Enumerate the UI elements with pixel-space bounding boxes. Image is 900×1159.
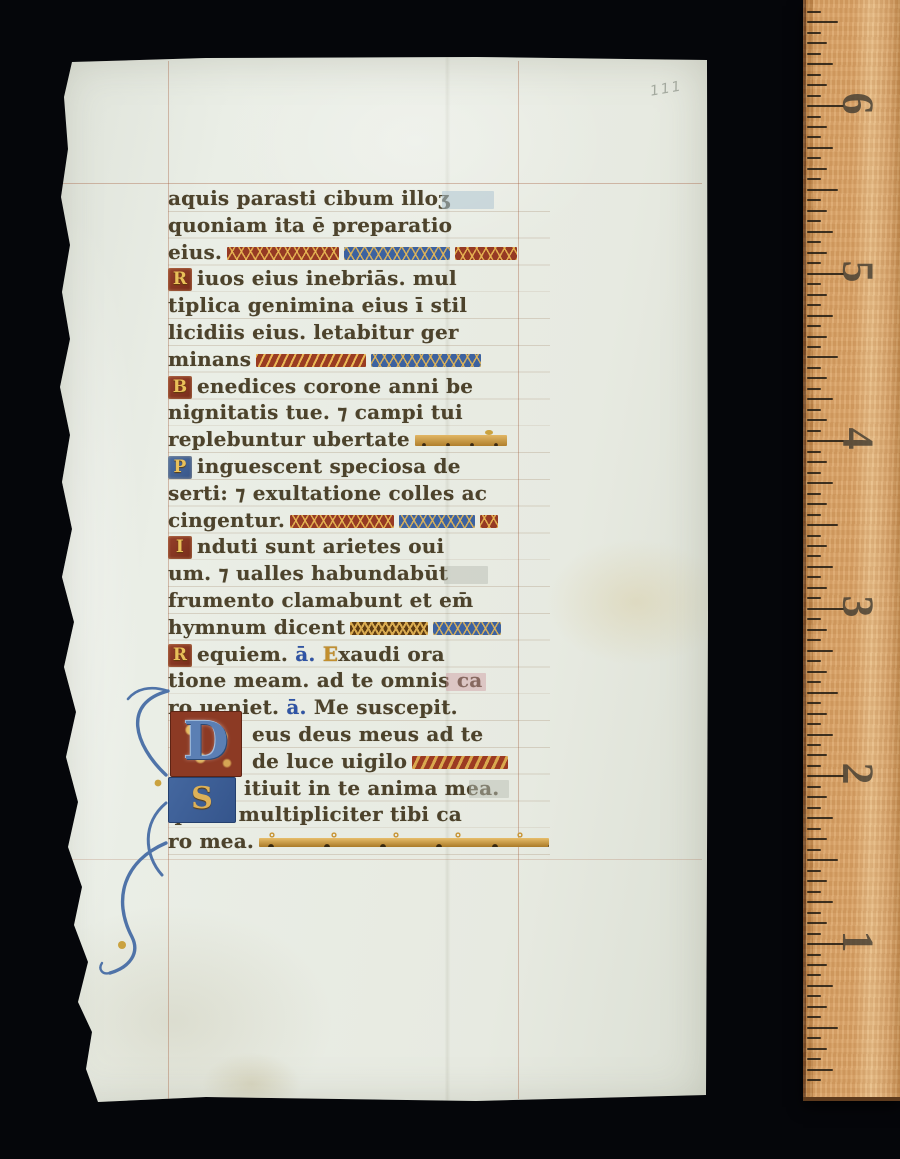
line-filler-red-x — [227, 247, 339, 260]
text-segment: ā. — [295, 642, 315, 666]
ruler-tick — [807, 315, 833, 317]
ruler-tick — [807, 126, 827, 128]
manuscript-text-line: Riuos eius inebriās. mul — [168, 265, 550, 292]
pigment-wash-highlight — [446, 673, 486, 691]
manuscript-text-line: aquis parasti cibum illoʒ — [168, 185, 550, 212]
ruler-tick — [807, 566, 833, 568]
illuminated-initial-i: I — [168, 536, 192, 559]
ruler-tick — [807, 974, 821, 976]
ruler-tick — [807, 262, 821, 264]
ruler-tick — [807, 587, 827, 589]
ruler-tick — [807, 136, 821, 138]
ruler-tick — [807, 650, 833, 652]
ruler-tick — [807, 838, 827, 840]
ruler-tick — [807, 681, 821, 683]
ruler-tick — [807, 870, 821, 872]
ruler-tick — [807, 995, 821, 997]
ruler-inch-number: 4 — [833, 417, 884, 461]
manuscript-text-line: cingentur. — [168, 507, 550, 534]
ruler-tick — [807, 765, 821, 767]
ruler-tick — [807, 922, 827, 924]
initial-d-marginal-flourish — [88, 683, 172, 983]
text-segment: replebuntur ubertate — [168, 427, 410, 451]
ruler-tick — [807, 933, 821, 935]
illuminated-initial-p: P — [168, 456, 192, 479]
manuscript-text-block: D S aquis parasti cibum illoʒquoniam ita… — [168, 185, 550, 860]
ruler-tick — [807, 346, 821, 348]
ruler-tick — [807, 95, 821, 97]
ruler-tick — [807, 555, 821, 557]
text-segment: nduti sunt arietes oui — [197, 534, 444, 558]
ruler-tick — [807, 891, 821, 893]
line-filler-blue-x — [399, 515, 475, 528]
text-segment: minans — [168, 347, 251, 371]
ruler-tick — [807, 912, 821, 914]
ruler-tick — [807, 84, 827, 86]
ruler-inch-number: 2 — [833, 752, 884, 796]
photo-of-manuscript-leaf: { "scene": { "description": "Medieval Bo… — [0, 0, 900, 1159]
ruler-tick — [807, 147, 833, 149]
ruler-tick — [807, 11, 821, 13]
ruler-tick — [807, 828, 821, 830]
line-filler-red-stripe — [412, 756, 508, 769]
line-filler-red-x — [455, 247, 517, 260]
ruler-tick — [807, 482, 833, 484]
text-segment: hymnum dicent — [168, 615, 345, 639]
ruler-tick — [807, 796, 827, 798]
text-segment: equiem. — [197, 642, 295, 666]
text-segment: tiplica genimina eius ī stil — [168, 293, 467, 317]
text-segment: E — [323, 642, 338, 666]
illuminated-initial-b: B — [168, 376, 192, 399]
ruler-tick — [807, 1027, 838, 1029]
ruler-tick — [807, 671, 827, 673]
ruler-tick — [807, 116, 821, 118]
text-segment: licidiis eius. letabitur ger — [168, 320, 459, 344]
ruler-tick — [807, 419, 827, 421]
text-segment: xaudi ora — [338, 642, 445, 666]
ruler-inch-number: 1 — [833, 920, 884, 964]
manuscript-text-line: nignitatis tue. ⁊ campi tui — [168, 399, 550, 426]
ruler-tick — [807, 398, 833, 400]
ruler-tick — [807, 304, 821, 306]
manuscript-text-line: ro mea. — [168, 828, 550, 855]
ruler-tick — [807, 692, 838, 694]
ruler-tick — [807, 42, 827, 44]
manuscript-text-line: serti: ⁊ exultatione colles ac — [168, 480, 550, 507]
manuscript-text-line: licidiis eius. letabitur ger — [168, 319, 550, 346]
ruler-tick — [807, 535, 821, 537]
wooden-inch-ruler: 654321 — [803, 0, 900, 1101]
line-filler-blue-x — [344, 247, 450, 260]
illuminated-initial-r: R — [168, 644, 192, 667]
ruler-tick — [807, 53, 821, 55]
ruler-tick — [807, 859, 838, 861]
ruler-tick — [807, 283, 821, 285]
ruler-tick — [807, 807, 821, 809]
manuscript-text-line: hymnum dicent — [168, 614, 550, 641]
manuscript-text-line: tiplica genimina eius ī stil — [168, 292, 550, 319]
text-segment: quoniam ita ē preparatio — [168, 213, 452, 237]
ruler-tick — [807, 503, 827, 505]
illuminated-initial-r: R — [168, 268, 192, 291]
manuscript-text-line: Induti sunt arietes oui — [168, 533, 550, 560]
text-segment: nignitatis tue. ⁊ campi tui — [168, 400, 463, 424]
manuscript-text-line: quoniam ita ē preparatio — [168, 212, 550, 239]
ruler-tick — [807, 210, 827, 212]
text-segment: um. ⁊ ualles habundabūt — [168, 561, 448, 585]
ruler-tick — [807, 231, 833, 233]
ruler-inch-number: 5 — [833, 249, 884, 293]
text-segment: cingentur. — [168, 508, 285, 532]
line-filler-red-x — [480, 515, 498, 528]
ruler-tick — [807, 1058, 821, 1060]
pigment-wash-highlight — [444, 566, 488, 584]
initial-s-letter: S — [191, 781, 213, 816]
ruler-tick — [807, 32, 821, 34]
line-filler-red-scroll — [256, 354, 366, 367]
pigment-wash-highlight — [469, 780, 509, 798]
ruler-tick — [807, 325, 821, 327]
text-segment: de luce uigilo — [252, 749, 407, 773]
text-segment: tione meam. ad te omnis ca — [168, 668, 482, 692]
ruler-tick — [807, 294, 827, 296]
ruler-tick — [807, 451, 821, 453]
text-segment: ro mea. — [168, 829, 254, 853]
ruler-tick — [807, 514, 821, 516]
ruler-tick — [807, 21, 838, 23]
vellum-leaf: 111 D S aquis parasti cibum illoʒquoniam… — [56, 57, 708, 1105]
ruler-tick — [807, 660, 821, 662]
line-filler-gold-knot — [350, 622, 428, 635]
large-illuminated-initial-d: D — [170, 711, 242, 777]
manuscript-text-line: tione meam. ad te omnis ca — [168, 667, 550, 694]
pigment-wash-highlight — [442, 191, 494, 209]
ruler-tick — [807, 63, 833, 65]
ruler-tick — [807, 545, 827, 547]
ruler-tick — [807, 524, 838, 526]
ruler-tick — [807, 430, 821, 432]
manuscript-text-line: frumento clamabunt et em̄ — [168, 587, 550, 614]
ruler-tick — [807, 377, 827, 379]
ruler-tick — [807, 472, 821, 474]
ruler-tick — [807, 157, 821, 159]
ruler-tick — [807, 241, 821, 243]
ruler-tick — [807, 639, 821, 641]
manuscript-text-line: replebuntur ubertate — [168, 426, 550, 453]
folio-number: 111 — [649, 78, 684, 99]
ruler-tick — [807, 985, 833, 987]
ruler-tick — [807, 493, 821, 495]
initial-d-letter: D — [183, 711, 228, 772]
ruler-tick — [807, 1016, 821, 1018]
ruler-tick — [807, 168, 827, 170]
ruler-tick — [807, 817, 833, 819]
ruler-tick — [807, 744, 821, 746]
ruler-tick — [807, 409, 821, 411]
text-segment: eus deus meus ad te — [252, 722, 483, 746]
manuscript-text-line: eius. — [168, 239, 550, 266]
ruler-tick — [807, 964, 827, 966]
illuminated-initial-s: S — [168, 777, 236, 823]
ruler-tick — [807, 1079, 821, 1081]
ruler-tick — [807, 713, 827, 715]
ruler-tick — [807, 1048, 827, 1050]
ruler-tick — [807, 220, 821, 222]
ruler-tick — [807, 74, 821, 76]
manuscript-text-line: Pinguescent speciosa de — [168, 453, 550, 480]
ruler-tick — [807, 199, 821, 201]
line-filler-blue-x — [371, 354, 481, 367]
ruler-tick — [807, 629, 827, 631]
ruler-tick — [807, 178, 821, 180]
ruler-tick — [807, 336, 827, 338]
ruler-tick — [807, 880, 827, 882]
text-segment: serti: ⁊ exultatione colles ac — [168, 481, 487, 505]
ruler-tick — [807, 849, 821, 851]
text-segment: enedices corone anni be — [197, 374, 473, 398]
ruler-inch-number: 3 — [833, 584, 884, 628]
text-segment: inguescent speciosa de — [197, 454, 461, 478]
text-segment: eius. — [168, 240, 222, 264]
ruler-inch-number: 6 — [833, 82, 884, 126]
line-filler-blue-x — [433, 622, 501, 635]
manuscript-text-line: Requiem. ā. Exaudi ora — [168, 641, 550, 668]
line-filler-red-x — [290, 515, 394, 528]
ruler-tick — [807, 356, 838, 358]
ruler-tick — [807, 1037, 821, 1039]
ruler-tick — [807, 786, 821, 788]
ruler-tick — [807, 461, 827, 463]
ruler-tick — [807, 252, 827, 254]
manuscript-text-line: um. ⁊ ualles habundabūt — [168, 560, 550, 587]
ruler-tick — [807, 388, 821, 390]
text-segment — [316, 642, 323, 666]
ruler-tick — [807, 702, 821, 704]
ruler-tick — [807, 1069, 833, 1071]
text-segment: frumento clamabunt et em̄ — [168, 588, 473, 612]
manuscript-text-line: Benedices corone anni be — [168, 373, 550, 400]
ruler-tick — [807, 954, 821, 956]
text-segment: itiuit in te anima mea. — [244, 776, 499, 800]
ruler-tick — [807, 754, 827, 756]
ruler-tick — [807, 1006, 827, 1008]
ruler-tick — [807, 618, 821, 620]
line-filler-gold-twig — [415, 435, 507, 446]
text-segment: aquis parasti cibum illoʒ — [168, 186, 450, 210]
ruler-tick — [807, 901, 833, 903]
ruler-tick — [807, 723, 821, 725]
text-segment: ā. — [286, 695, 306, 719]
ruler-tick — [807, 597, 821, 599]
text-segment: iuos eius inebriās. mul — [197, 266, 457, 290]
ruler-tick — [807, 367, 821, 369]
ruled-top-line — [62, 183, 702, 184]
text-segment: Me suscepit. — [307, 695, 458, 719]
line-filler-gold-bar — [259, 838, 549, 847]
ruler-tick — [807, 189, 838, 191]
manuscript-text-line: minans — [168, 346, 550, 373]
ruler-tick — [807, 734, 833, 736]
ruler-tick — [807, 576, 821, 578]
